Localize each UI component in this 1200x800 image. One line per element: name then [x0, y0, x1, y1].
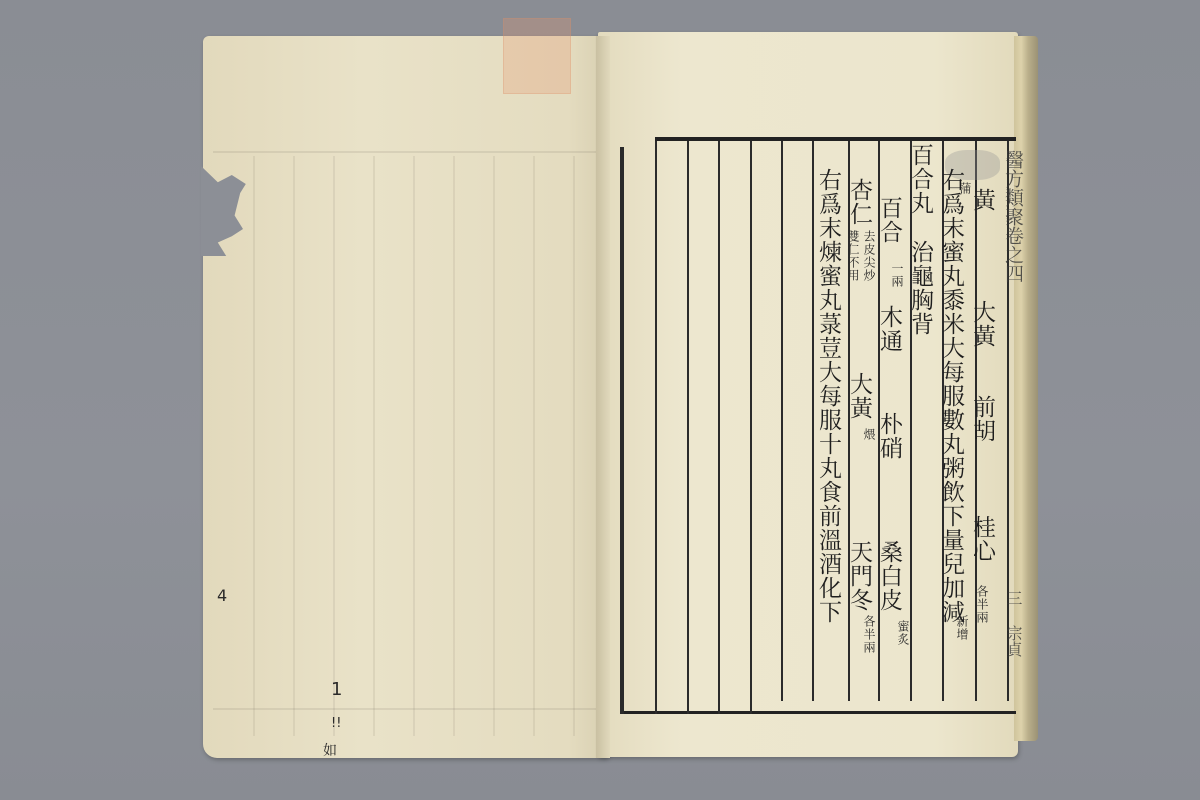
- instruction-text: 右爲末蜜丸黍米大每服數丸粥飲下量兒加減: [937, 168, 965, 624]
- ghost-rule: [293, 156, 295, 736]
- dosage-note: 蜜炙: [896, 620, 910, 646]
- margin-title: 醫方類聚卷之四: [1000, 150, 1027, 283]
- pencil-mark: 1: [331, 679, 342, 700]
- column-rule: [750, 141, 752, 714]
- column-rule: [687, 141, 689, 714]
- ghost-rule: [333, 156, 335, 736]
- frame-top-rule: [655, 137, 1016, 141]
- herb-name: 木通: [875, 305, 903, 353]
- herb-name: 桂心: [968, 515, 996, 563]
- ghost-rule-bottom: [213, 708, 600, 710]
- dosage-note: 各半兩: [862, 615, 876, 654]
- herb-name: 桑白皮: [875, 540, 903, 612]
- source-note: 新增: [955, 615, 969, 641]
- herb-name: 前胡: [968, 395, 996, 443]
- ghost-rule-top: [213, 151, 600, 153]
- frame-bottom-rule: [620, 711, 1016, 714]
- ghost-rule: [493, 156, 495, 736]
- column-rule: [910, 141, 912, 701]
- herb-name: 朴硝: [875, 412, 903, 460]
- instruction-text: 右爲末煉蜜丸菉荳大每服十丸食前溫酒化下: [814, 168, 842, 624]
- column-rule: [781, 141, 783, 701]
- formula-title: 百合丸: [906, 143, 934, 215]
- background: 4 1 !! 如 蒲 黃 大黃 前胡 桂心 各半兩 右爲末蜜丸黍米大每服數丸粥飲…: [0, 0, 1200, 800]
- herb-name: 大黃: [968, 300, 996, 348]
- pencil-mark: 如: [323, 740, 337, 760]
- book-gutter: [596, 36, 610, 758]
- herb-name: 百合: [875, 196, 903, 244]
- pencil-mark: 4: [217, 586, 227, 605]
- ghost-rule: [533, 156, 535, 736]
- formula-indication: 治龜胸背: [906, 240, 934, 336]
- ghost-rule: [453, 156, 455, 736]
- herb-name: 大黃: [845, 372, 873, 420]
- prep-note: 去皮尖炒: [862, 230, 876, 282]
- herb-name: 天門冬: [845, 540, 873, 612]
- herb-name: 黃: [968, 188, 996, 212]
- torn-edge: [201, 166, 257, 256]
- ghost-rule: [413, 156, 415, 736]
- ghost-rule: [373, 156, 375, 736]
- left-page: 4 1 !! 如: [203, 36, 608, 758]
- column-rule: [718, 141, 720, 714]
- herb-name: 杏仁: [845, 178, 873, 226]
- pencil-mark: !!: [331, 716, 341, 731]
- margin-page-note: 三 宗貞: [1002, 590, 1025, 657]
- dosage-note: 一兩: [890, 262, 904, 288]
- prep-note: 煨: [862, 428, 876, 441]
- column-rule: [655, 141, 657, 714]
- dosage-note: 各半兩: [975, 585, 989, 624]
- prep-note: 雙仁不用: [846, 230, 860, 282]
- ghost-rule: [253, 156, 255, 736]
- frame-left-rule: [620, 147, 624, 714]
- seal-stamp: [503, 18, 571, 94]
- ghost-rule: [573, 156, 575, 736]
